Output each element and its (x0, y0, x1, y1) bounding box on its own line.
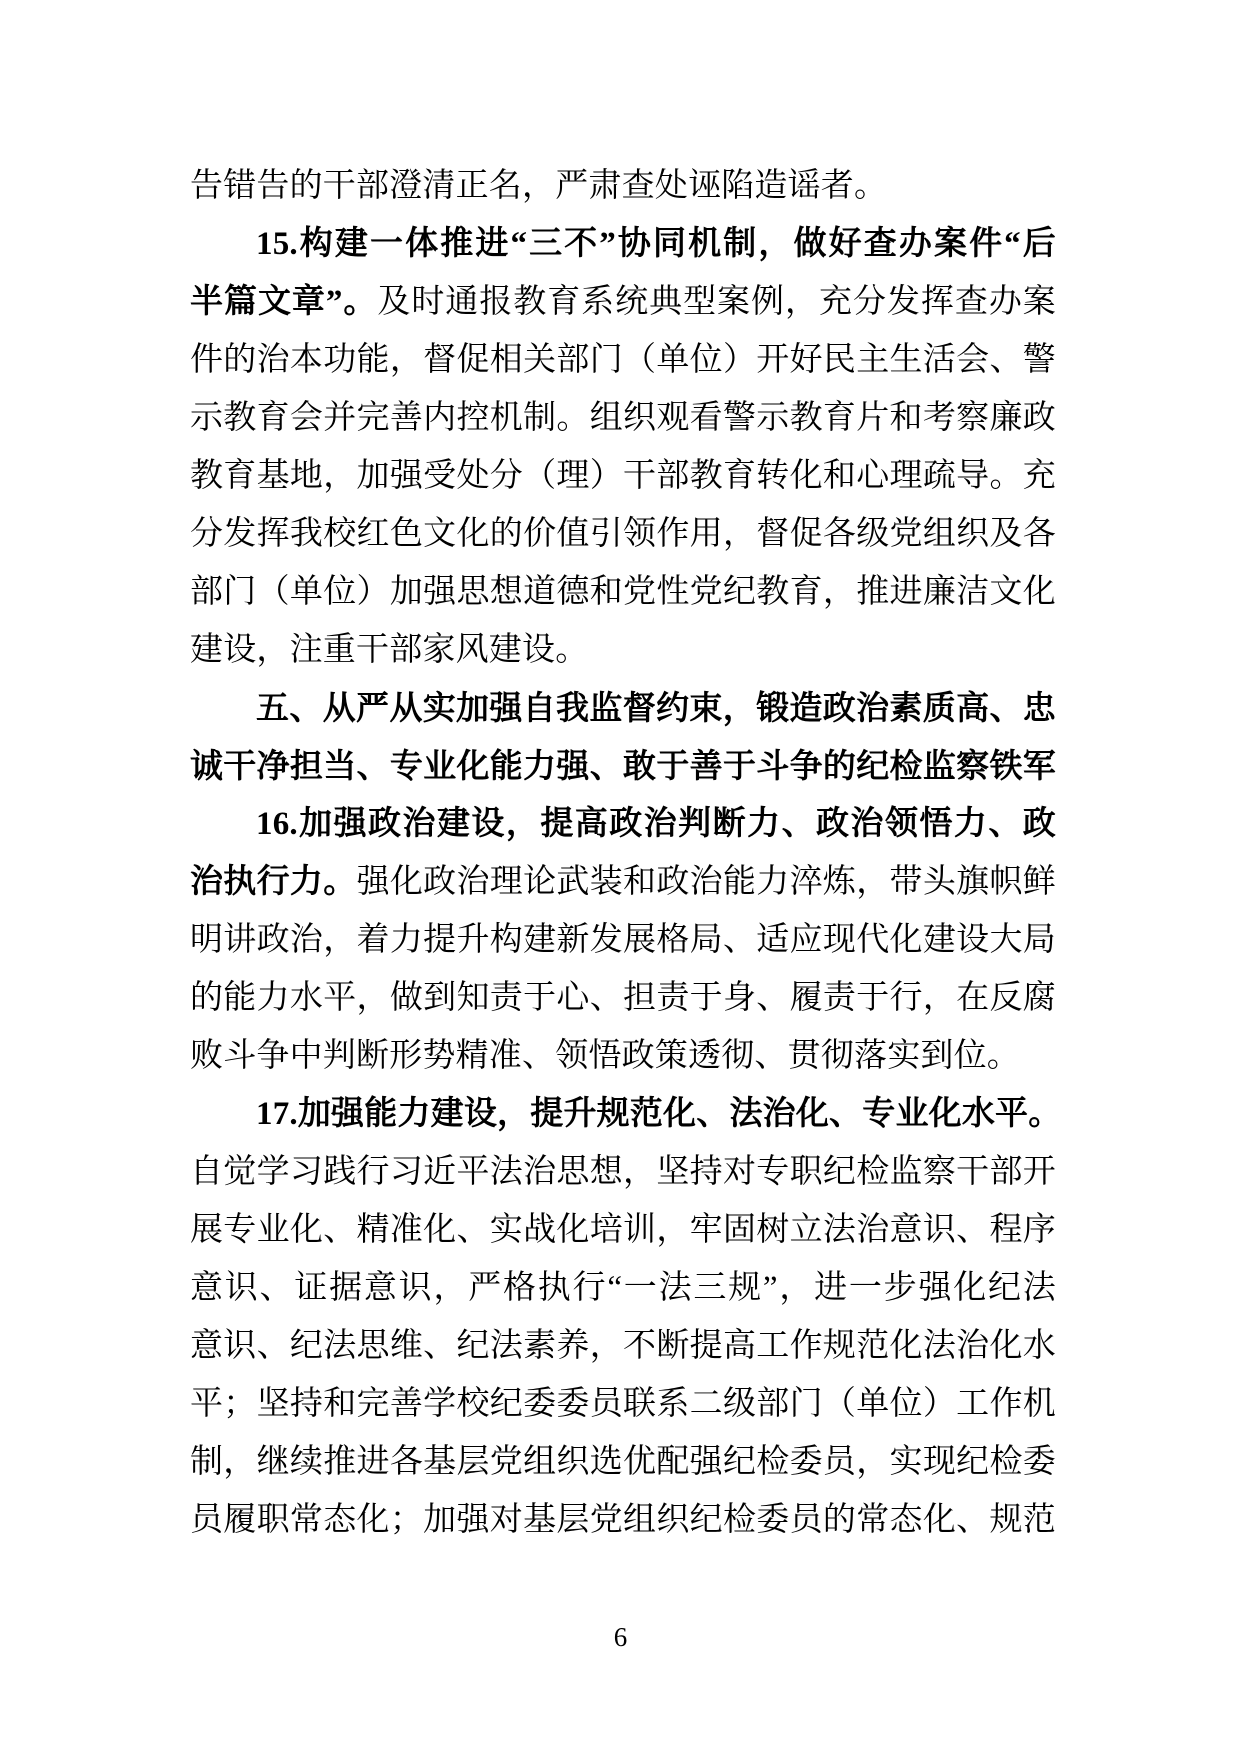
text-segment-hei: 诚干净担当、专业化能力强、敢于善于斗争的纪检监察铁军 (190, 747, 1056, 784)
text-line: 16.加强政治建设，提高政治判断力、政治领悟力、政 (190, 795, 1056, 853)
text-line: 建设，注重干部家风建设。 (190, 621, 1056, 679)
text-segment-song: 展专业化、精准化、实战化培训，牢固树立法治意识、程序 (190, 1212, 1056, 1248)
text-segment-song: 自觉学习践行习近平法治思想，坚持对专职纪检监察干部开 (190, 1154, 1056, 1190)
text-line: 告错告的干部澄清正名，严肃查处诬陷造谣者。 (190, 157, 1056, 215)
text-segment-songBold: 治执行力。 (190, 864, 357, 900)
document-page: 告错告的干部澄清正名，严肃查处诬陷造谣者。15.构建一体推进“三不”协同机制，做… (0, 0, 1241, 1755)
document-body: 告错告的干部澄清正名，严肃查处诬陷造谣者。15.构建一体推进“三不”协同机制，做… (190, 157, 1056, 1549)
text-segment-songBold: 17.加强能力建设，提升规范化、法治化、专业化水平。 (256, 1096, 1061, 1132)
text-segment-song: 教育基地，加强受处分（理）干部教育转化和心理疏导。充 (190, 458, 1056, 494)
text-line: 教育基地，加强受处分（理）干部教育转化和心理疏导。充 (190, 447, 1056, 505)
text-segment-song: 件的治本功能，督促相关部门（单位）开好民主生活会、警 (190, 342, 1056, 378)
text-segment-song: 的能力水平，做到知责于心、担责于身、履责于行，在反腐 (190, 980, 1056, 1016)
text-segment-song: 示教育会并完善内控机制。组织观看警示教育片和考察廉政 (190, 400, 1056, 436)
text-segment-song: 员履职常态化；加强对基层党组织纪检委员的常态化、规范 (190, 1502, 1056, 1538)
text-segment-song: 部门（单位）加强思想道德和党性党纪教育，推进廉洁文化 (190, 574, 1056, 610)
page-number: 6 (0, 1622, 1241, 1653)
text-segment-song: 建设，注重干部家风建设。 (190, 632, 588, 668)
text-line: 示教育会并完善内控机制。组织观看警示教育片和考察廉政 (190, 389, 1056, 447)
text-segment-song: 意识、证据意识，严格执行“一法三规”，进一步强化纪法 (190, 1270, 1056, 1306)
text-segment-song: 告错告的干部澄清正名，严肃查处诬陷造谣者。 (190, 168, 887, 204)
text-line: 意识、纪法思维、纪法素养，不断提高工作规范化法治化水 (190, 1317, 1056, 1375)
text-segment-song: 强化政治理论武装和政治能力淬炼，带头旗帜鲜 (357, 864, 1056, 900)
text-segment-songBold: 15.构建一体推进“三不”协同机制，做好查办案件“后 (256, 226, 1056, 262)
text-segment-song: 意识、纪法思维、纪法素养，不断提高工作规范化法治化水 (190, 1328, 1056, 1364)
text-line: 分发挥我校红色文化的价值引领作用，督促各级党组织及各 (190, 505, 1056, 563)
text-line: 自觉学习践行习近平法治思想，坚持对专职纪检监察干部开 (190, 1143, 1056, 1201)
text-segment-song: 及时通报教育系统典型案例，充分发挥查办案 (377, 284, 1056, 320)
text-line: 部门（单位）加强思想道德和党性党纪教育，推进廉洁文化 (190, 563, 1056, 621)
text-line: 治执行力。强化政治理论武装和政治能力淬炼，带头旗帜鲜 (190, 853, 1056, 911)
text-line: 展专业化、精准化、实战化培训，牢固树立法治意识、程序 (190, 1201, 1056, 1259)
text-line: 明讲政治，着力提升构建新发展格局、适应现代化建设大局 (190, 911, 1056, 969)
text-segment-song: 分发挥我校红色文化的价值引领作用，督促各级党组织及各 (190, 516, 1056, 552)
text-line: 意识、证据意识，严格执行“一法三规”，进一步强化纪法 (190, 1259, 1056, 1317)
text-line: 15.构建一体推进“三不”协同机制，做好查办案件“后 (190, 215, 1056, 273)
text-segment-song: 败斗争中判断形势精准、领悟政策透彻、贯彻落实到位。 (190, 1038, 1020, 1074)
text-line: 制，继续推进各基层党组织选优配强纪检委员，实现纪检委 (190, 1433, 1056, 1491)
text-line: 平；坚持和完善学校纪委委员联系二级部门（单位）工作机 (190, 1375, 1056, 1433)
text-segment-song: 制，继续推进各基层党组织选优配强纪检委员，实现纪检委 (190, 1444, 1056, 1480)
text-line: 的能力水平，做到知责于心、担责于身、履责于行，在反腐 (190, 969, 1056, 1027)
text-line: 半篇文章”。及时通报教育系统典型案例，充分发挥查办案 (190, 273, 1056, 331)
text-line: 诚干净担当、专业化能力强、敢于善于斗争的纪检监察铁军 (190, 737, 1056, 795)
text-segment-hei: 五、从严从实加强自我监督约束，锻造政治素质高、忠 (256, 689, 1056, 726)
text-line: 员履职常态化；加强对基层党组织纪检委员的常态化、规范 (190, 1491, 1056, 1549)
text-segment-songBold: 半篇文章”。 (190, 284, 377, 320)
text-line: 五、从严从实加强自我监督约束，锻造政治素质高、忠 (190, 679, 1056, 737)
text-segment-song: 平；坚持和完善学校纪委委员联系二级部门（单位）工作机 (190, 1386, 1056, 1422)
text-line: 件的治本功能，督促相关部门（单位）开好民主生活会、警 (190, 331, 1056, 389)
text-line: 17.加强能力建设，提升规范化、法治化、专业化水平。 (190, 1085, 1056, 1143)
text-segment-song: 明讲政治，着力提升构建新发展格局、适应现代化建设大局 (190, 922, 1056, 958)
text-line: 败斗争中判断形势精准、领悟政策透彻、贯彻落实到位。 (190, 1027, 1056, 1085)
text-segment-songBold: 16.加强政治建设，提高政治判断力、政治领悟力、政 (256, 806, 1056, 842)
